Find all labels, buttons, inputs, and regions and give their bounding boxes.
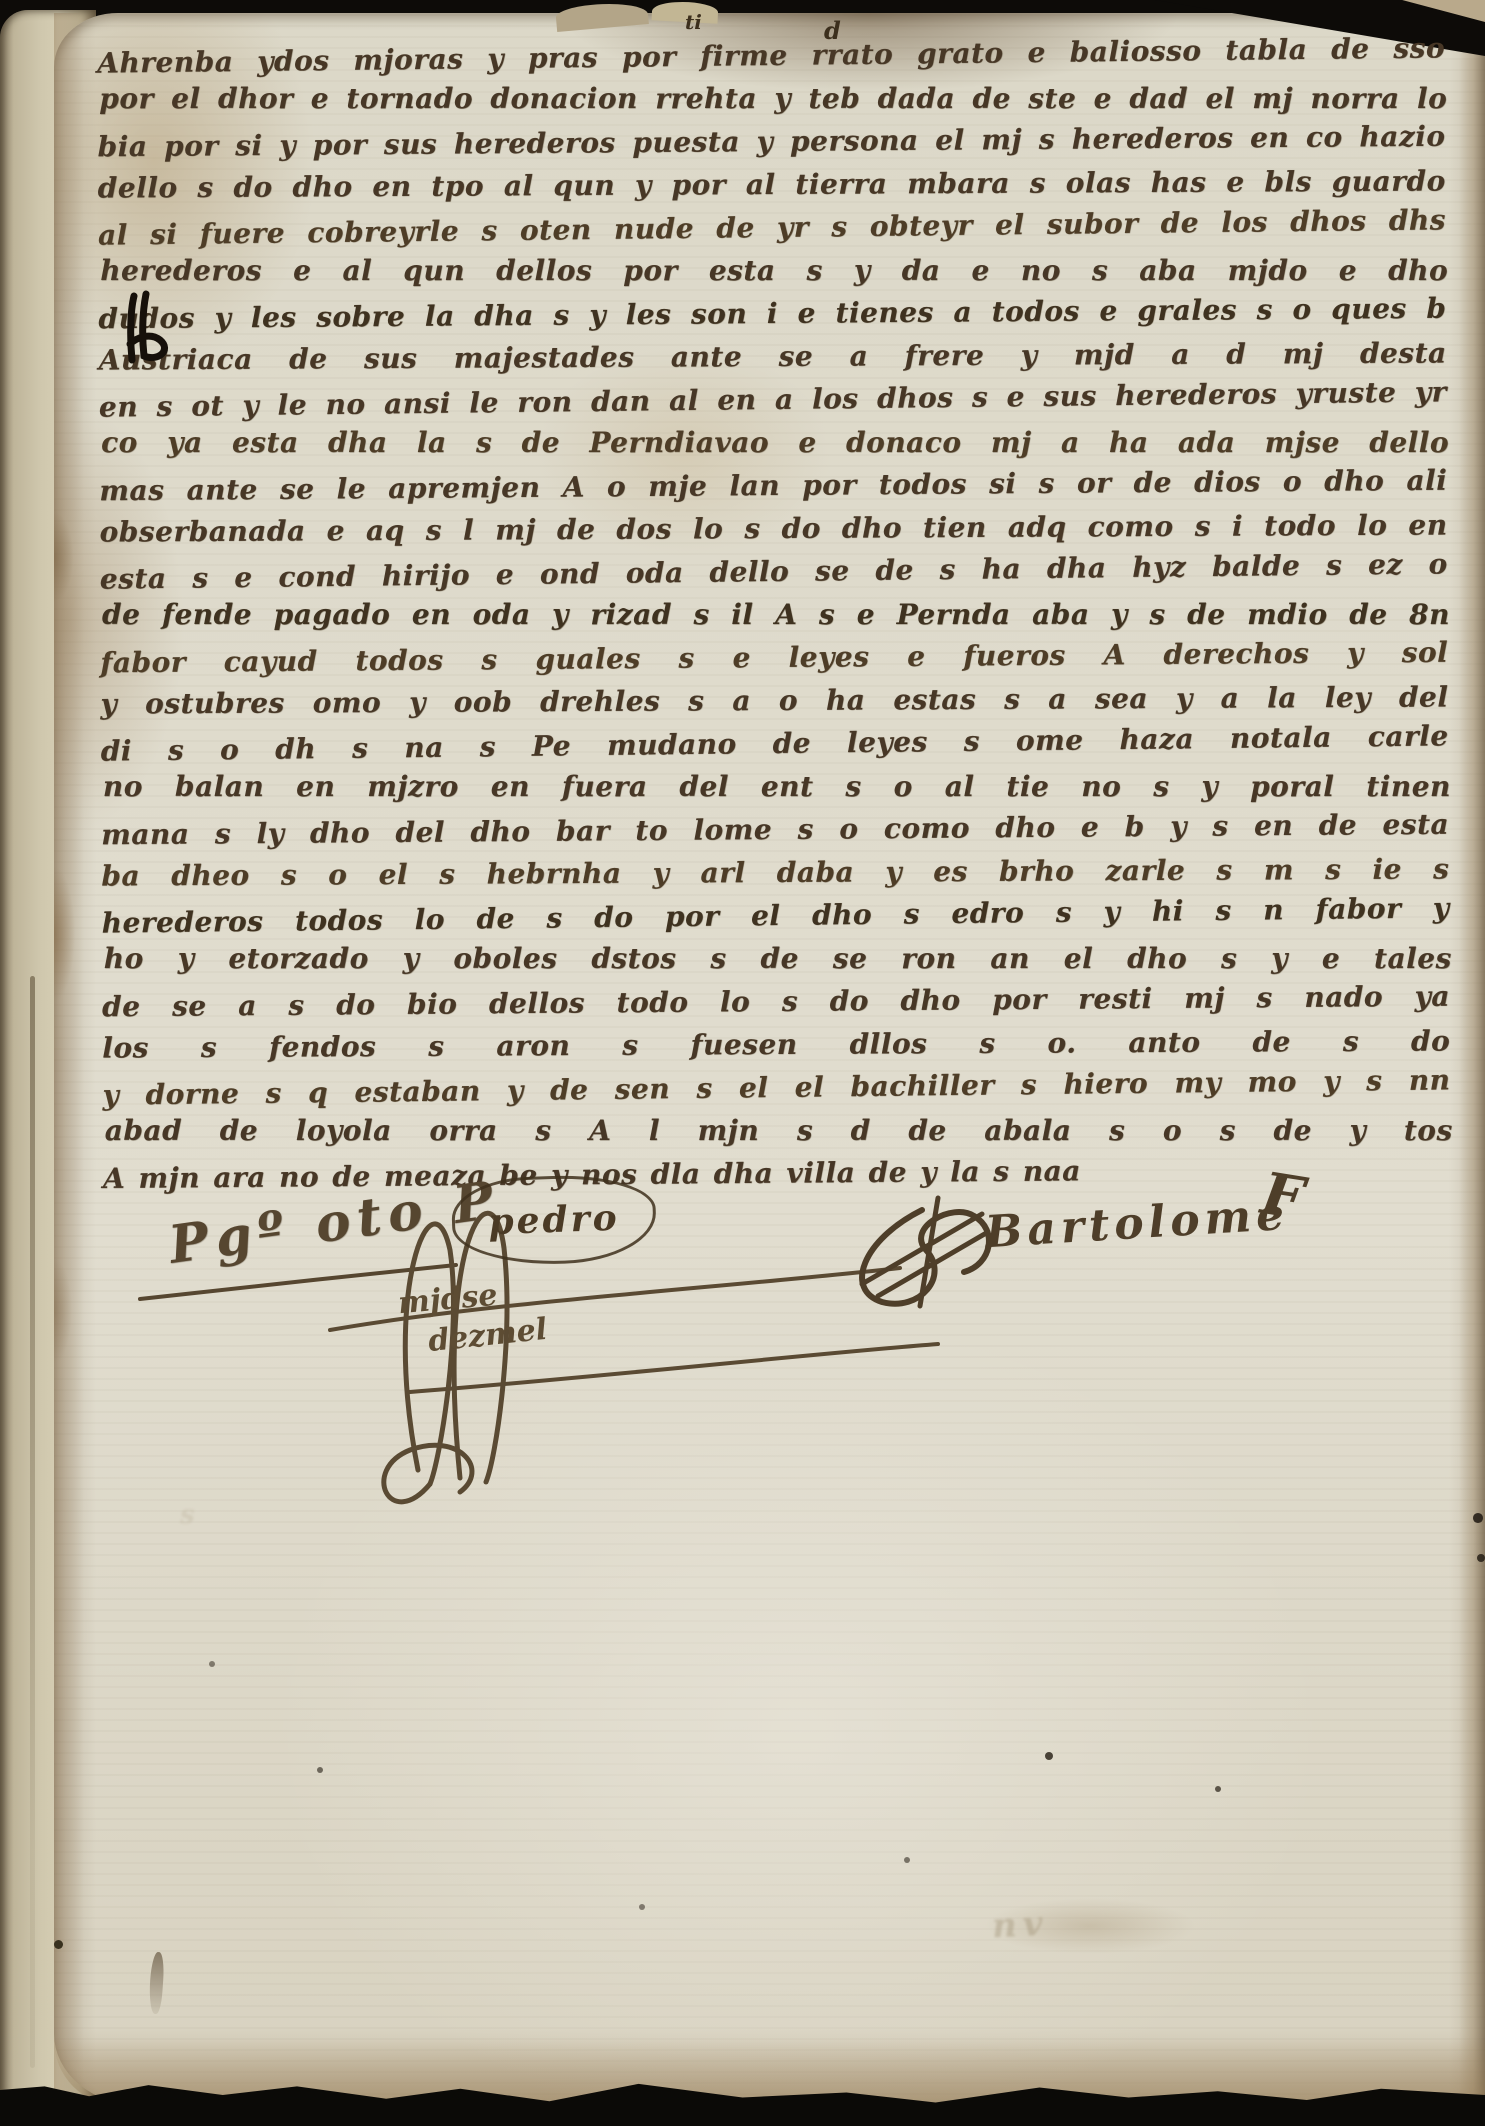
margin-ink-mark (120, 292, 184, 364)
signature-pedro-name: pedro (488, 1197, 621, 1244)
gutter-crease (30, 976, 35, 2068)
handwritten-text-block: Ahrenba ydos mjoras y pras por firme rra… (97, 30, 1451, 1198)
ghost-ink-mark: nv (991, 1904, 1050, 1947)
ragged-left-edge (54, 13, 84, 2106)
manuscript-line: de fende pagado en oda y rizad s il A s … (102, 593, 1450, 636)
page-right-edge (1459, 13, 1485, 2106)
manuscript-line: co ya esta dha la s de Perndiavao e dona… (101, 421, 1449, 464)
ink-dot (54, 1940, 63, 1949)
manuscript-line: herederos e al qun dellos por esta s y d… (100, 249, 1448, 292)
manuscript-line: no balan en mjzro en fuera del ent s o a… (103, 765, 1451, 808)
manuscript-line: por el dhor e tornado donacion rrehta y … (99, 77, 1447, 120)
photograph-backdrop: ti d Ahrenba ydos mjoras y pras por firm… (0, 0, 1485, 2126)
superscript-mark: ti (685, 10, 702, 34)
ghost-ink-mark: s (180, 1500, 205, 1530)
manuscript-line: ho y etorzado y oboles dstos s de se ron… (104, 937, 1452, 980)
ink-specks (0, 0, 4, 4)
